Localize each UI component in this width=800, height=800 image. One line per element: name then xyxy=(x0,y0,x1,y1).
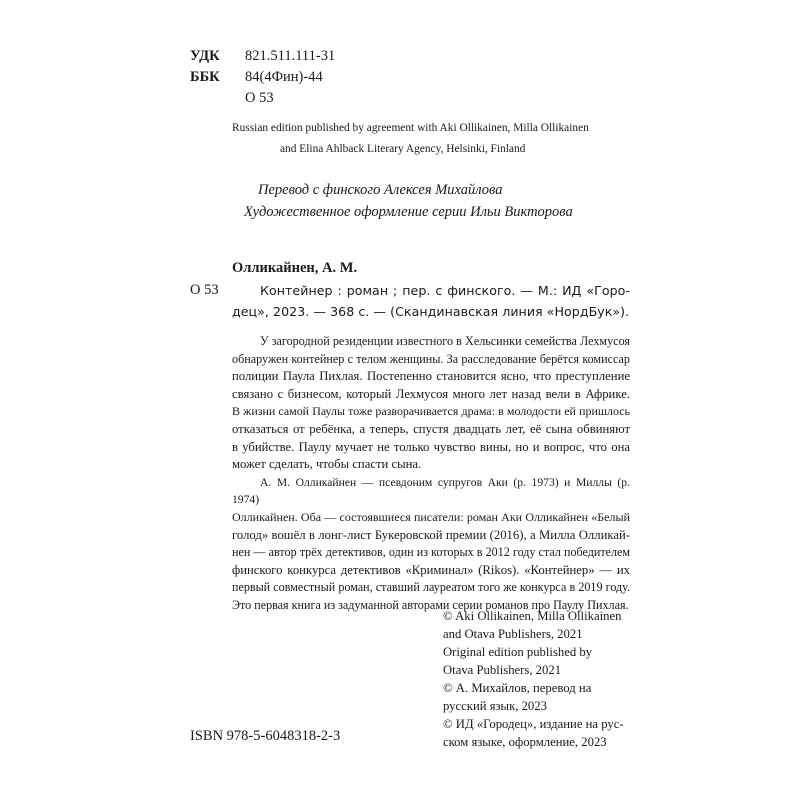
copyright-line: Original edition published by xyxy=(443,643,643,661)
annotation-paragraph-plot: У загородной резиденции известного в Хел… xyxy=(232,333,630,474)
rights-line: and Elina Ahlback Literary Agency, Helsi… xyxy=(232,139,632,160)
credits: Перевод с финского Алексея Михайлова Худ… xyxy=(232,180,632,223)
copyright-line: русский язык, 2023 xyxy=(443,697,643,715)
annotation-line: В жизни самой Паулы тоже разворачивается… xyxy=(232,403,630,421)
copyright-line: Otava Publishers, 2021 xyxy=(443,661,643,679)
annotation-line: связано с бизнесом, который Лехмусоя мно… xyxy=(232,386,630,404)
annotation-line: обнаружен контейнер с телом женщины. За … xyxy=(232,351,630,369)
record-code: О 53 xyxy=(190,280,219,301)
bbk-row: ББК 84(4Фин)-44 xyxy=(190,67,335,88)
translation-credit: Перевод с финского Алексея Михайлова xyxy=(232,180,632,202)
bbk-value: 84(4Фин)-44 xyxy=(245,67,323,88)
udk-label: УДК xyxy=(190,46,245,67)
annotation-line: У загородной резиденции известного в Хел… xyxy=(232,333,630,351)
classification-block: УДК 821.511.111-31 ББК 84(4Фин)-44 О 53 xyxy=(190,46,335,109)
udk-row: УДК 821.511.111-31 xyxy=(190,46,335,67)
isbn: ISBN 978-5-6048318-2-3 xyxy=(190,728,340,745)
rights-line: Russian edition published by agreement w… xyxy=(232,118,632,139)
annotation-line: нен — автор трёх детективов, один из кот… xyxy=(232,544,630,562)
rights-notice: Russian edition published by agreement w… xyxy=(232,118,632,160)
copyright-line: © ИД «Городец», издание на рус- xyxy=(443,715,643,733)
annotation-paragraph-authors: А. М. Олликайнен — псевдоним супругов Ак… xyxy=(232,474,630,615)
copyright-line: © А. Михайлов, перевод на xyxy=(443,679,643,697)
annotation-line: финского конкурса детективов «Криминал» … xyxy=(232,562,630,580)
design-credit: Художественное оформление серии Ильи Вик… xyxy=(232,202,632,224)
udk-value: 821.511.111-31 xyxy=(245,46,335,67)
record-author: Олликайнен, А. М. xyxy=(232,260,357,277)
annotation: У загородной резиденции известного в Хел… xyxy=(232,333,630,615)
copyright-line: ском языке, оформление, 2023 xyxy=(443,733,643,751)
annotation-line: отказаться от ребёнка, а теперь, спустя … xyxy=(232,421,630,439)
author-mark: О 53 xyxy=(245,88,274,109)
copyright-line: and Otava Publishers, 2021 xyxy=(443,625,643,643)
annotation-line: полиции Паула Пихлая. Постепенно станови… xyxy=(232,368,630,386)
copyright-block: © Aki Ollikainen, Milla Ollikainen and O… xyxy=(443,607,643,751)
bbk-label: ББК xyxy=(190,67,245,88)
record-description: Контейнер : роман ; пер. с финского. — М… xyxy=(232,280,630,322)
record-line: Контейнер : роман ; пер. с финского. — М… xyxy=(232,280,630,301)
annotation-line: первый совместный роман, ставший лауреат… xyxy=(232,579,630,597)
annotation-line: Олликайнен. Оба — состоявшиеся писатели:… xyxy=(232,509,630,527)
annotation-line: в убийстве. Паулу мучает не только чувст… xyxy=(232,439,630,457)
author-mark-row: О 53 xyxy=(190,88,335,109)
record-line: дец», 2023. — 368 с. — (Скандинавская ли… xyxy=(232,301,630,322)
copyright-line: © Aki Ollikainen, Milla Ollikainen xyxy=(443,607,643,625)
annotation-line: голод» вошёл в лонг-лист Букеровской пре… xyxy=(232,527,630,545)
annotation-line: может сделать, чтобы спасти сына. xyxy=(232,456,630,474)
annotation-line: А. М. Олликайнен — псевдоним супругов Ак… xyxy=(232,474,630,509)
